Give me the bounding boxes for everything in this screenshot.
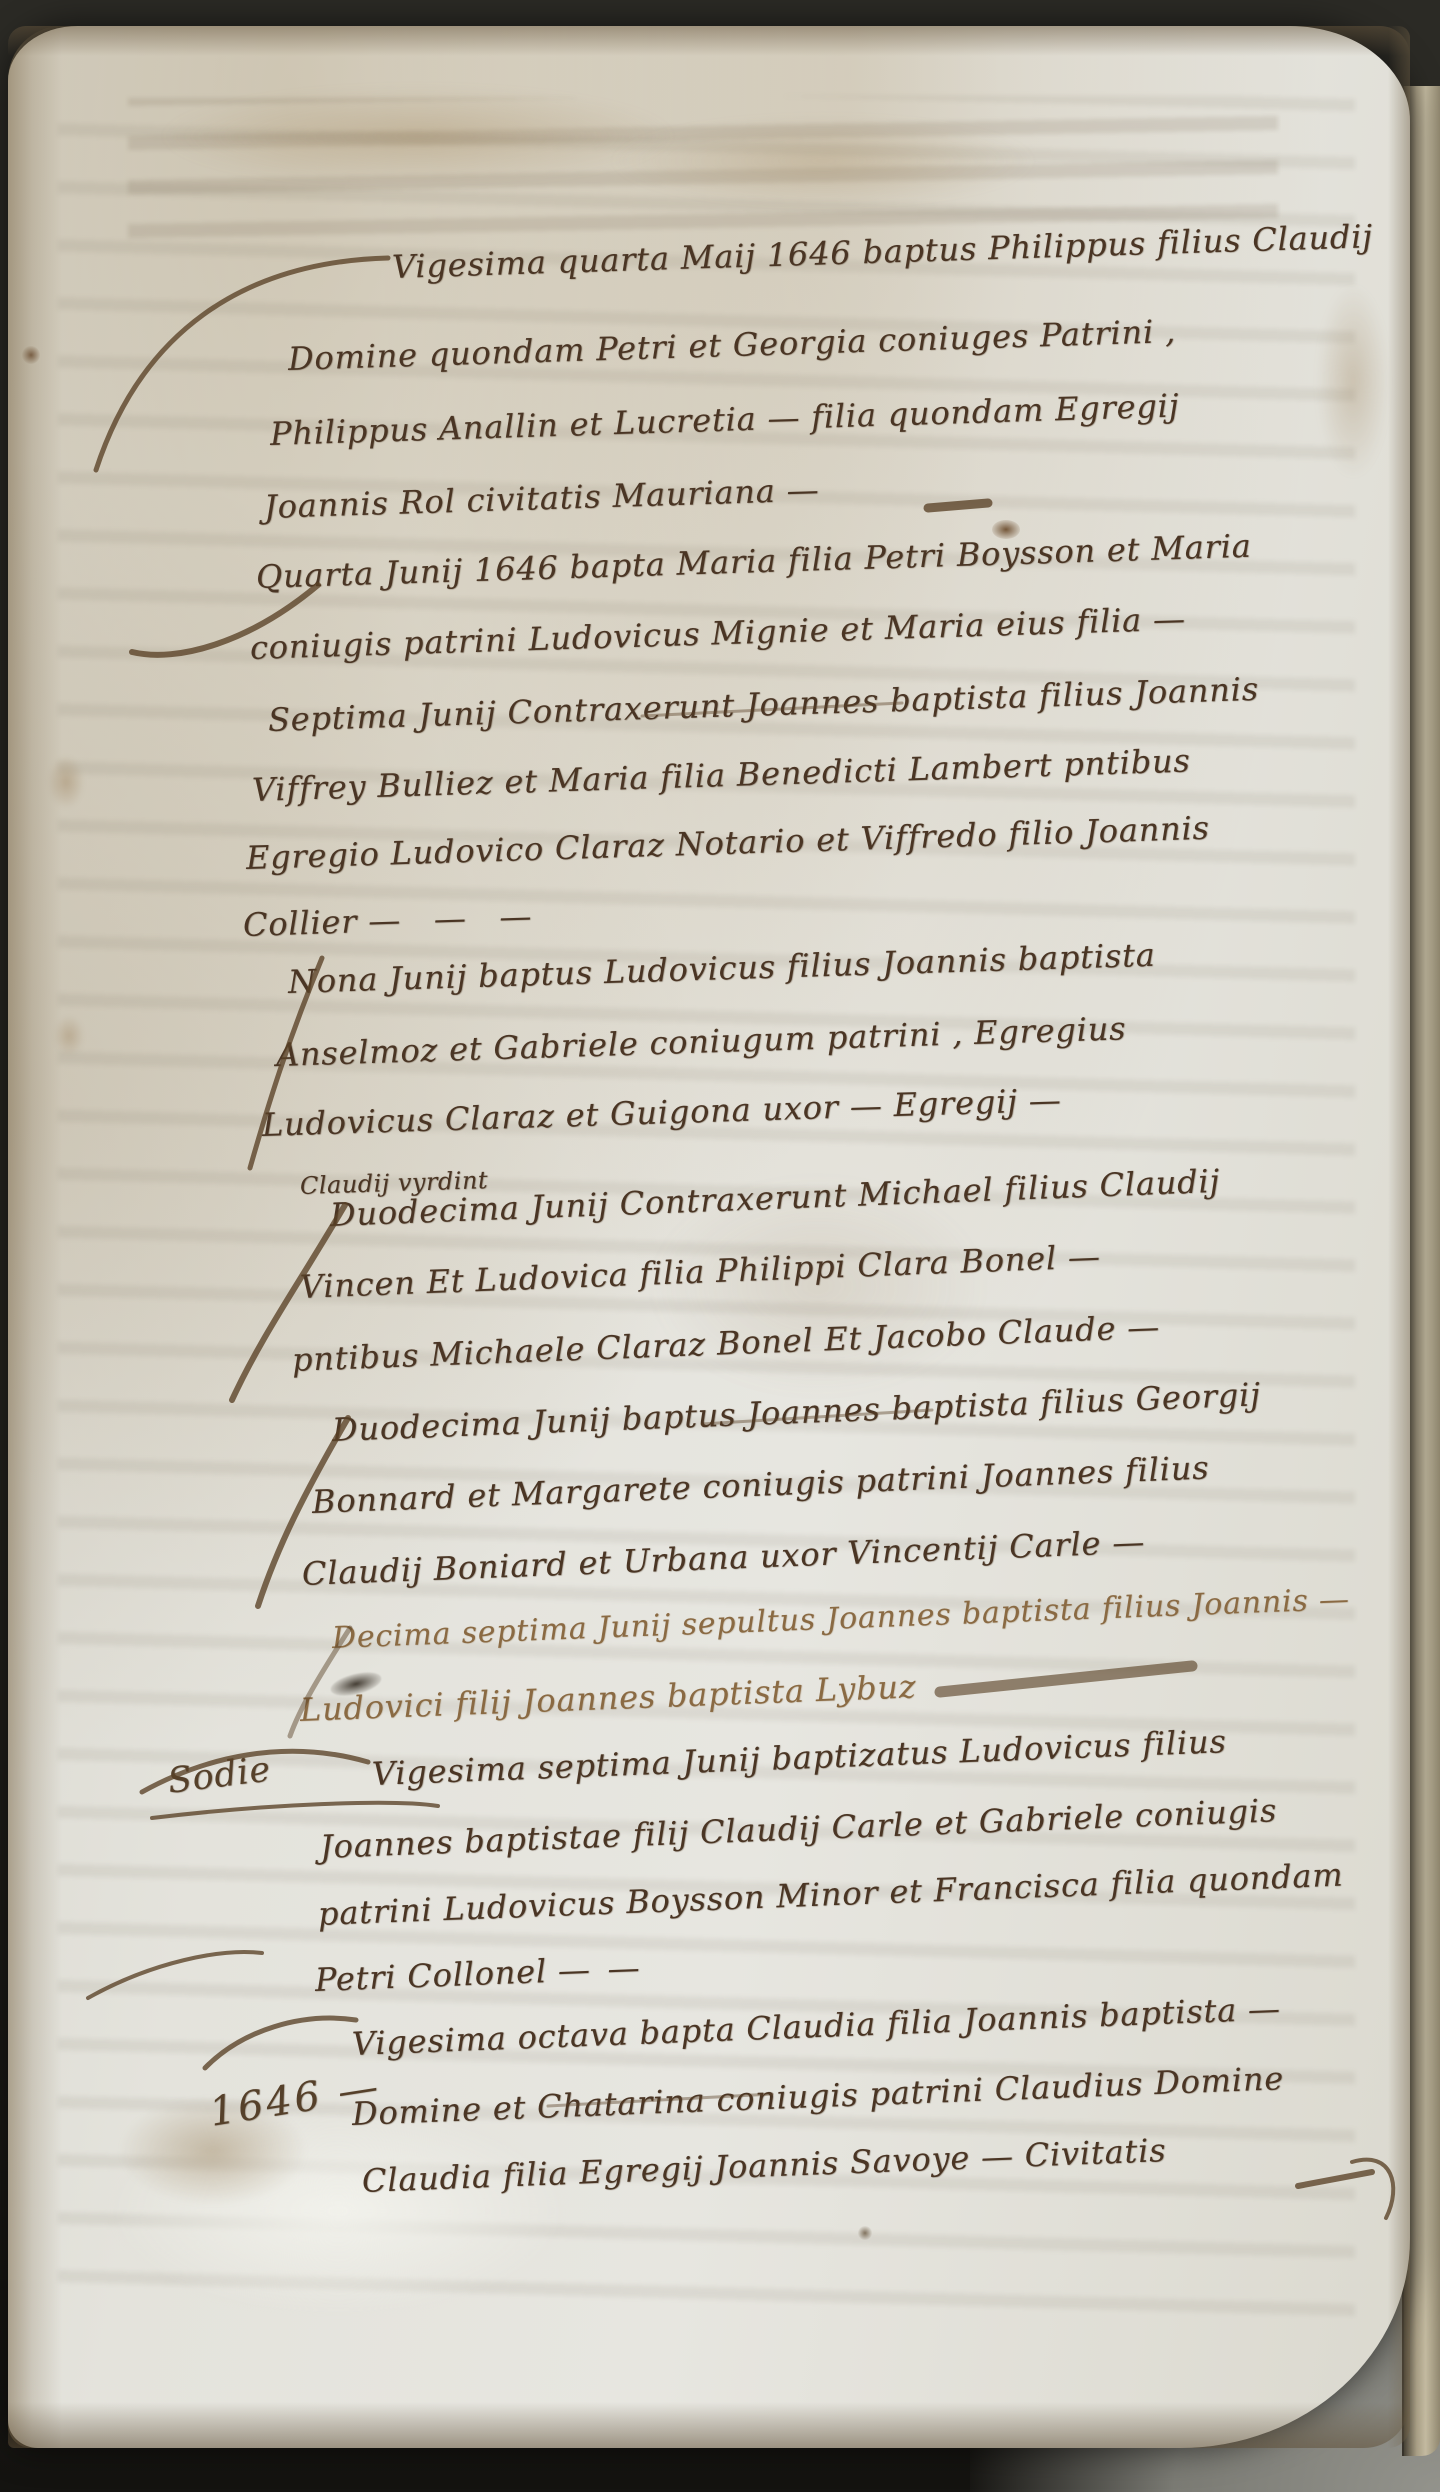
- deckle-edge-right: [1388, 26, 1410, 2448]
- stain: [22, 346, 40, 364]
- manuscript-page: Vigesima quarta Maij 1646 baptus Philipp…: [8, 26, 1410, 2448]
- deckle-edge-top: [8, 26, 1410, 56]
- deckle-edge-left: [8, 26, 62, 2448]
- photograph-of-register: Vigesima quarta Maij 1646 baptus Philipp…: [0, 0, 1440, 2492]
- deckle-edge-bottom: [8, 2402, 1410, 2448]
